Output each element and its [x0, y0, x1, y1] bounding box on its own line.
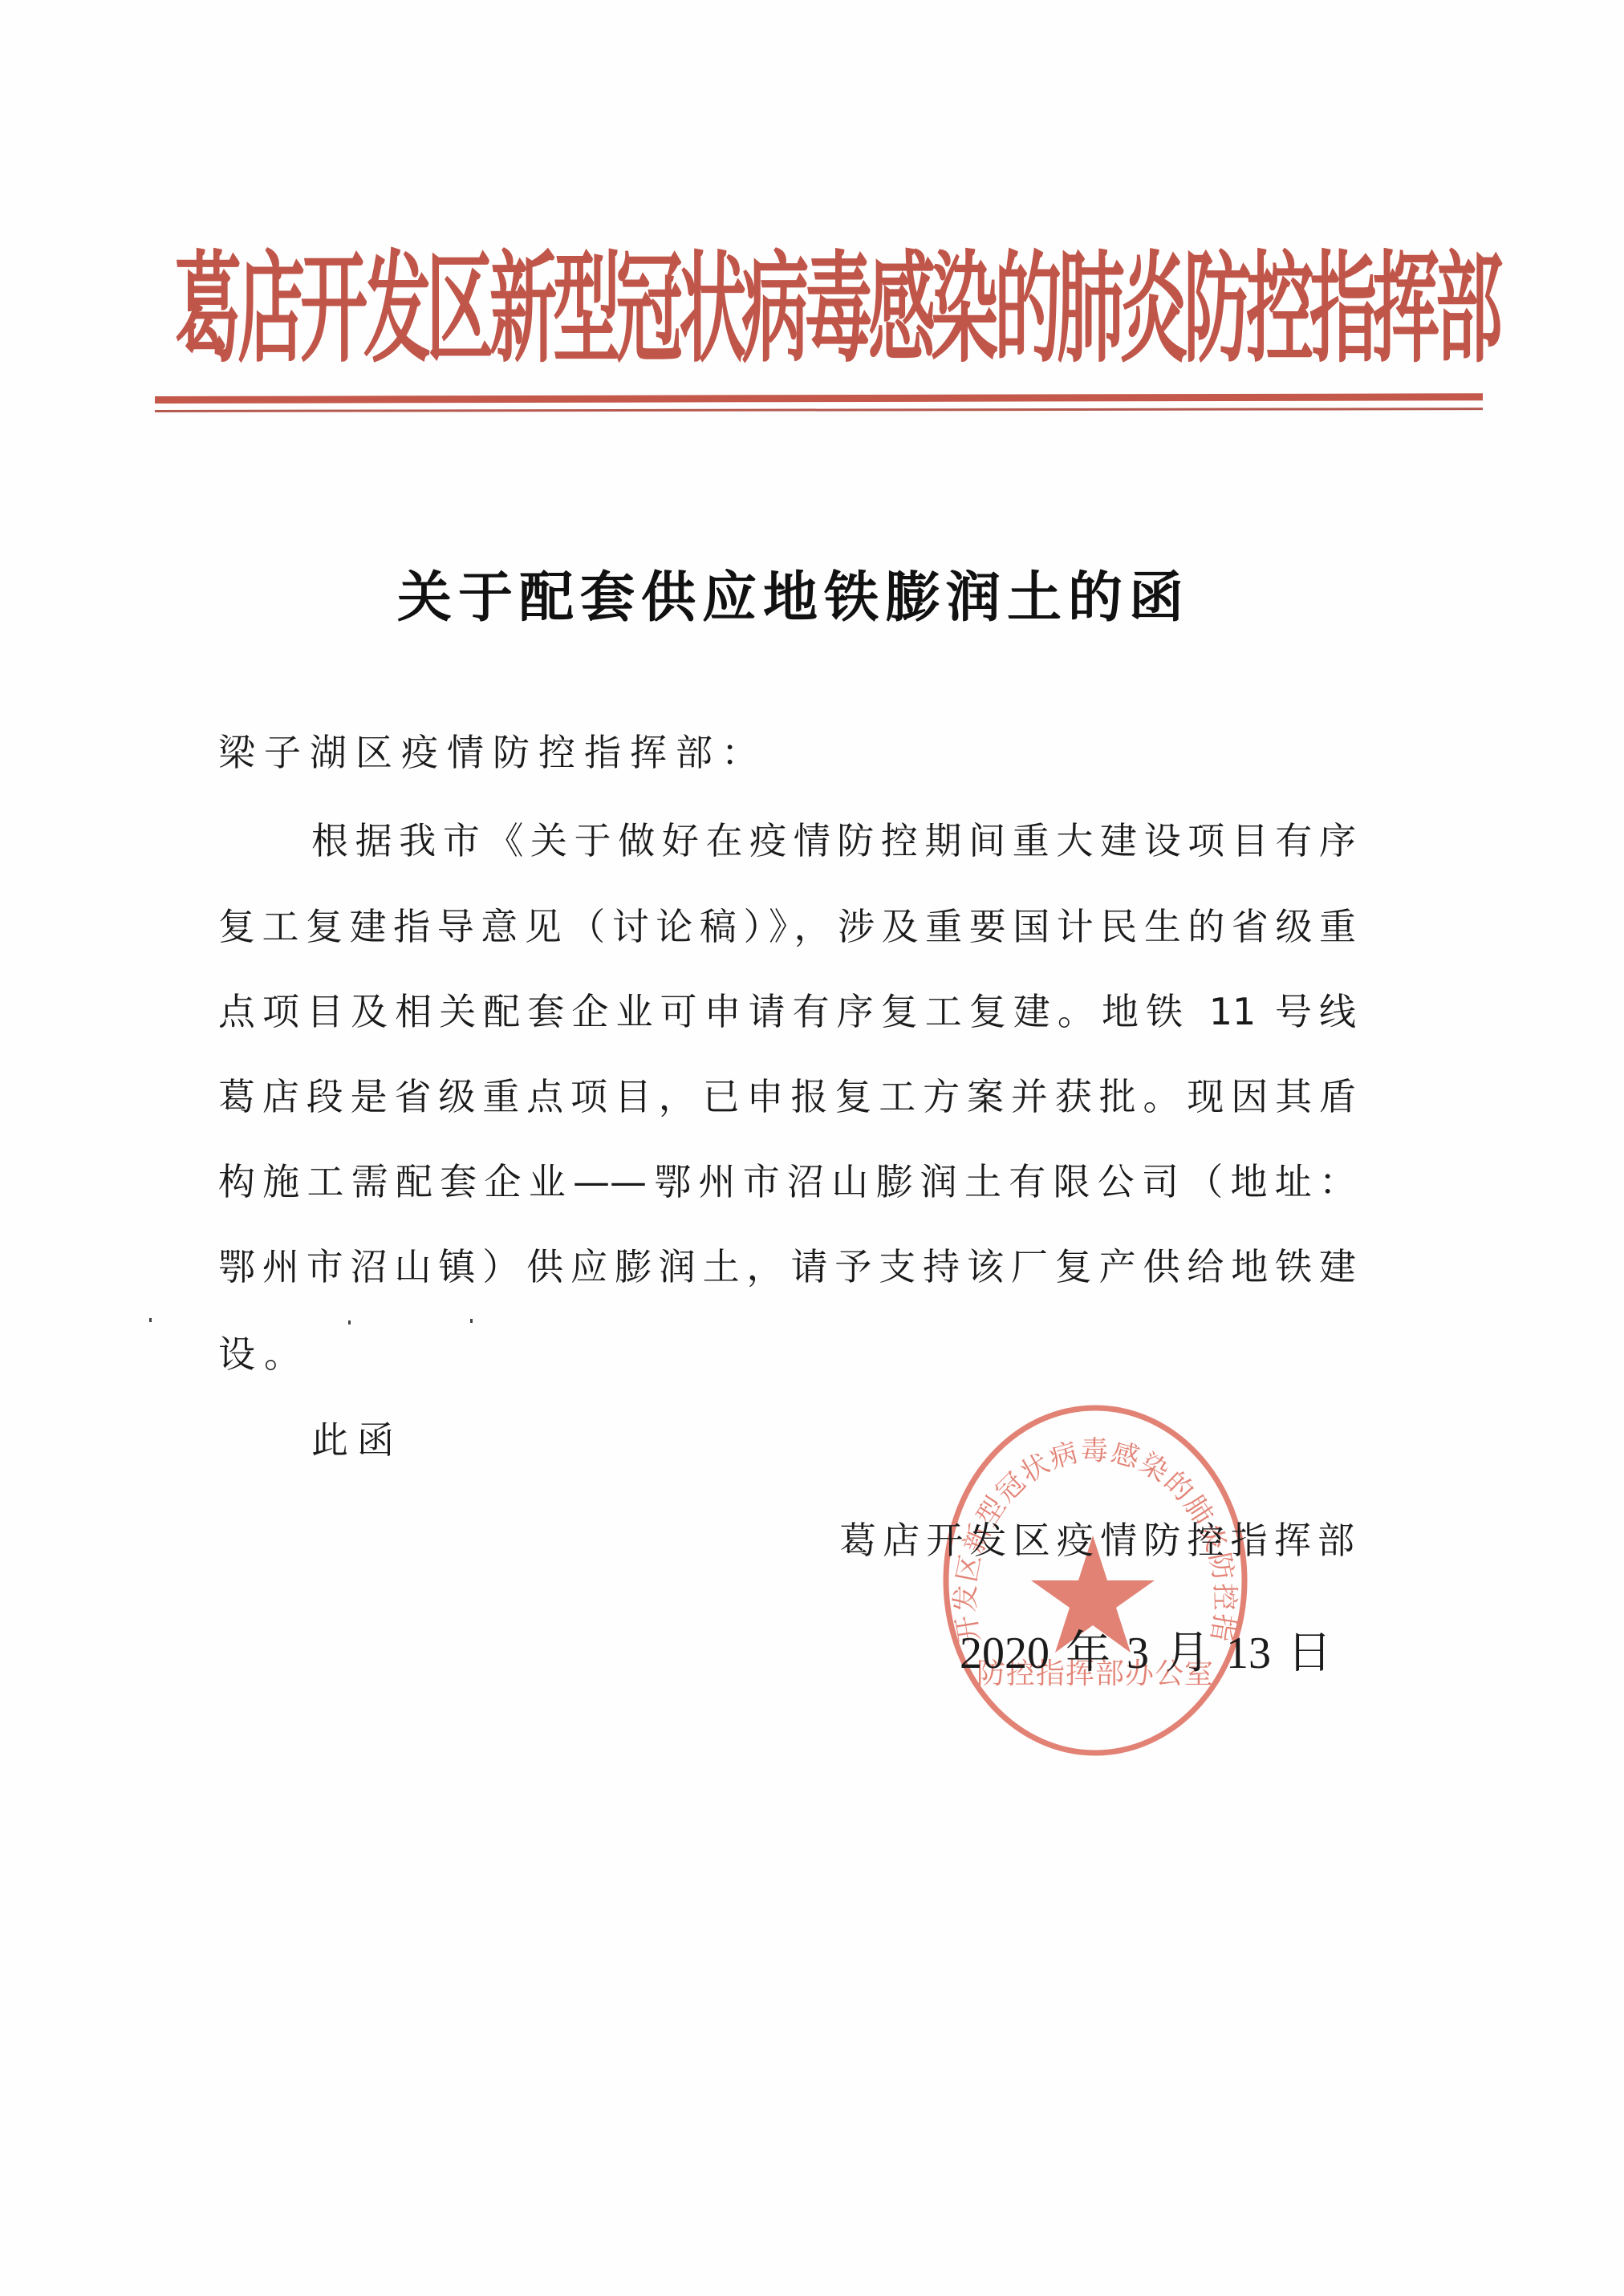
body-line-6: 鄂州市沼山镇）供应膨润土，请予支持该厂复产供给地铁建 [218, 1243, 1356, 1291]
document-title: 关于配套供应地铁膨润土的函 [397, 562, 1183, 634]
letterhead-char: 病 [742, 234, 777, 387]
letterhead-char: 区 [427, 234, 462, 387]
body-line-3: 点项目及相关配套企业可申请有序复工复建。地铁 11 号线 [218, 988, 1356, 1036]
scan-speck [470, 1319, 473, 1323]
body-line-1: 根据我市《关于做好在疫情防控期间重大建设项目有序 [311, 817, 1356, 865]
letterhead-char: 状 [679, 234, 714, 387]
scan-speck [348, 1320, 351, 1324]
letterhead-char: 肺 [1057, 234, 1092, 387]
letterhead-char: 感 [868, 234, 903, 387]
signatory-organization: 葛店开发区疫情防控指挥部 [839, 1516, 1354, 1564]
body-line-2: 复工复建指导意见（讨论稿）》，涉及重要国计民生的省级重 [218, 903, 1356, 951]
salutation: 梁子湖区疫情防控指挥部： [218, 728, 1356, 777]
letterhead-organization: 葛店开发区新型冠状病毒感染的肺炎防控指挥部 [160, 234, 1484, 387]
document-date: 2020 年 3 月 13 日 [960, 1627, 1332, 1680]
letterhead-char: 发 [363, 234, 399, 387]
document-page: 葛店开发区新型冠状病毒感染的肺炎防控指挥部 关于配套供应地铁膨润土的函 梁子湖区… [0, 0, 1624, 2296]
body-line-5: 构施工需配套企业——鄂州市沼山膨润土有限公司（地址： [218, 1158, 1356, 1206]
letterhead-char: 挥 [1372, 234, 1407, 387]
letterhead-char: 葛 [174, 234, 209, 387]
scan-speck [149, 1318, 152, 1322]
letterhead-char: 店 [238, 234, 273, 387]
letterhead-char: 部 [1435, 234, 1471, 387]
letterhead-char: 控 [1246, 234, 1281, 387]
letterhead-char: 毒 [805, 234, 840, 387]
letterhead-rule-thick [155, 393, 1483, 404]
letterhead-char: 的 [994, 234, 1029, 387]
letterhead-char: 指 [1309, 234, 1345, 387]
letterhead-char: 型 [553, 234, 588, 387]
closing-phrase: 此函 [311, 1416, 1449, 1464]
body-line-4: 葛店段是省级重点项目，已申报复工方案并获批。现因其盾 [218, 1073, 1356, 1121]
letterhead-char: 新 [489, 234, 525, 387]
official-seal: 葛店开发区新型冠状病毒感染的肺炎防控指挥部 防控指挥部办公室 [940, 1402, 1250, 1759]
letterhead-char: 开 [300, 234, 335, 387]
letterhead-char: 染 [931, 234, 966, 387]
letterhead-char: 冠 [615, 234, 651, 387]
letterhead-char: 防 [1183, 234, 1219, 387]
body-line-7: 设。 [218, 1330, 1356, 1378]
letterhead-char: 炎 [1120, 234, 1155, 387]
letterhead-rule-thin [155, 408, 1483, 412]
